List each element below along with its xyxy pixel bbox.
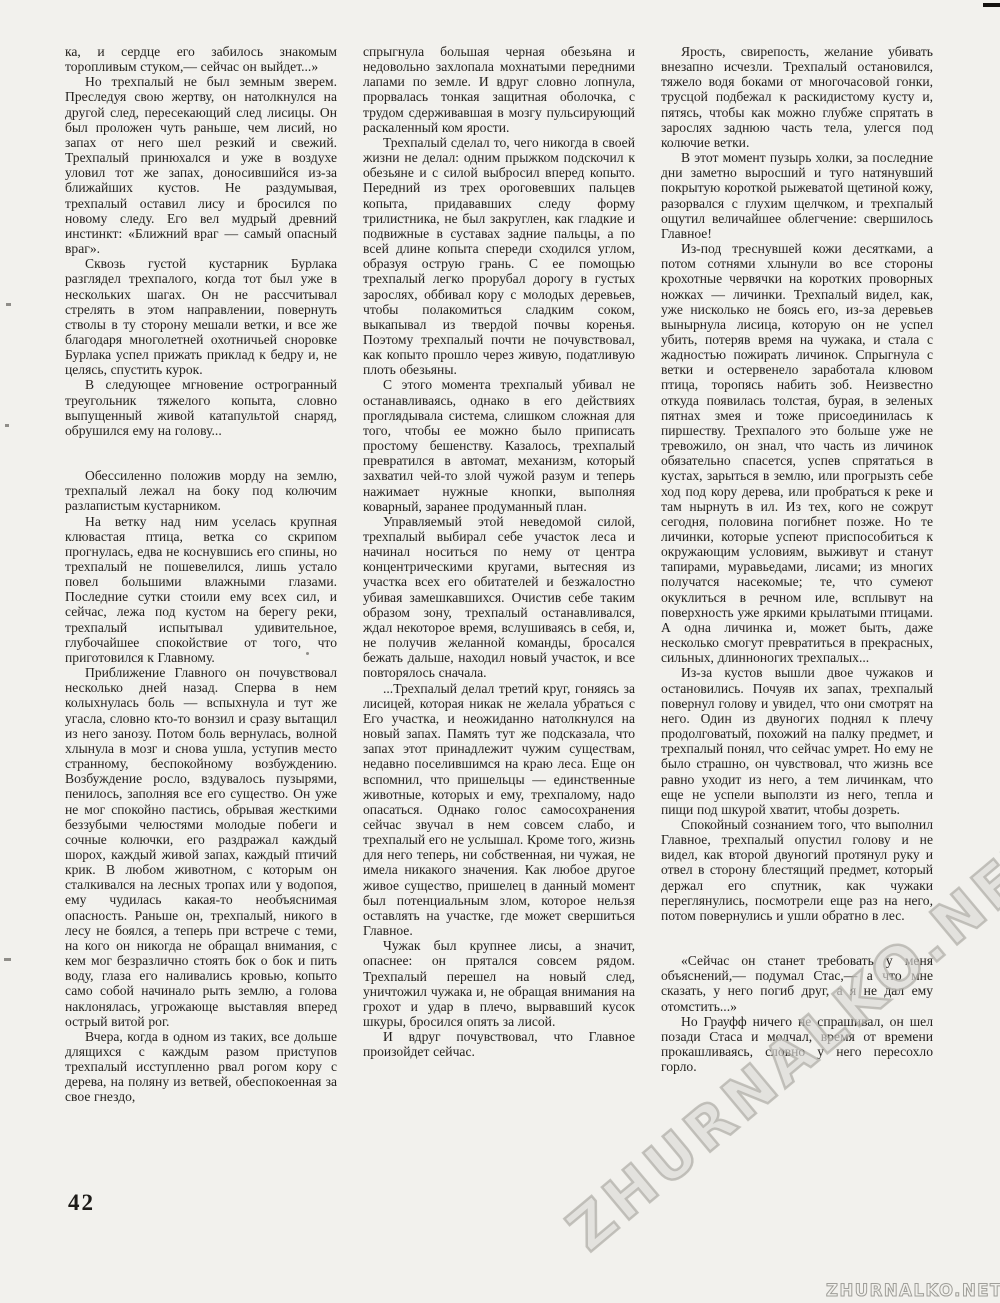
paragraph: Вчера, когда в одном из таких, все дольш… [65,1029,337,1105]
paragraph: В следующее мгновение острогранный треуг… [65,377,337,438]
paragraph: В этот момент пузырь холки, за последние… [661,150,933,241]
paragraph: Приближение Главного он почувствовал нес… [65,665,337,1029]
scan-artifact-corner-dash [983,3,1000,7]
paragraph: Но трехпалый не был земным зверем. Пресл… [65,74,337,256]
paragraph: Но Грауфф ничего не спрашивал, он шел по… [661,1014,933,1075]
paragraph: ка, и сердце его забилось знакомым тороп… [65,44,337,74]
paragraph: Спокойный сознанием того, что выполнил Г… [661,817,933,923]
paragraph: «Сейчас он станет требовать у меня объяс… [661,953,933,1014]
paragraph: спрыгнула большая черная обезьяна и недо… [363,44,635,135]
magazine-page: ка, и сердце его забилось знакомым тороп… [0,0,1000,1303]
scan-artifact-speck [5,424,9,427]
text-column-right: Ярость, свирепость, желание убивать внез… [661,44,933,1105]
scan-artifact-speck [6,303,11,306]
paragraph: Управляемый этой неведомой силой, трехпа… [363,514,635,681]
paragraph: Из-за кустов вышли двое чужаков и остано… [661,665,933,817]
text-column-left: ка, и сердце его забилось знакомым тороп… [65,44,337,1105]
article-text-columns: ка, и сердце его забилось знакомым тороп… [65,44,933,1105]
paragraph: На ветку над ним уселась крупная клюваст… [65,514,337,666]
paragraph: Ярость, свирепость, желание убивать внез… [661,44,933,150]
paragraph: С этого момента трехпалый убивал не оста… [363,377,635,513]
paragraph: Сквозь густой кустарник Бурлака разгляде… [65,256,337,377]
paragraph: Из-под треснувшей кожи десятками, а пото… [661,241,933,665]
paragraph: Чужак был крупнее лисы, а значит, опасне… [363,938,635,1029]
text-column-middle: спрыгнула большая черная обезьяна и недо… [363,44,635,1105]
watermark-footer-text: ZHURNALKO.NET [826,1281,1000,1300]
scan-artifact-speck [4,958,11,961]
paragraph: Трехпалый сделал то, чего никогда в свое… [363,135,635,378]
paragraph: ...Трехпалый делал третий круг, гоняясь … [363,681,635,939]
page-number: 42 [68,1190,95,1216]
paragraph: И вдруг почувствовал, что Главное произо… [363,1029,635,1059]
paragraph: Обессиленно положив морду на землю, трех… [65,468,337,513]
